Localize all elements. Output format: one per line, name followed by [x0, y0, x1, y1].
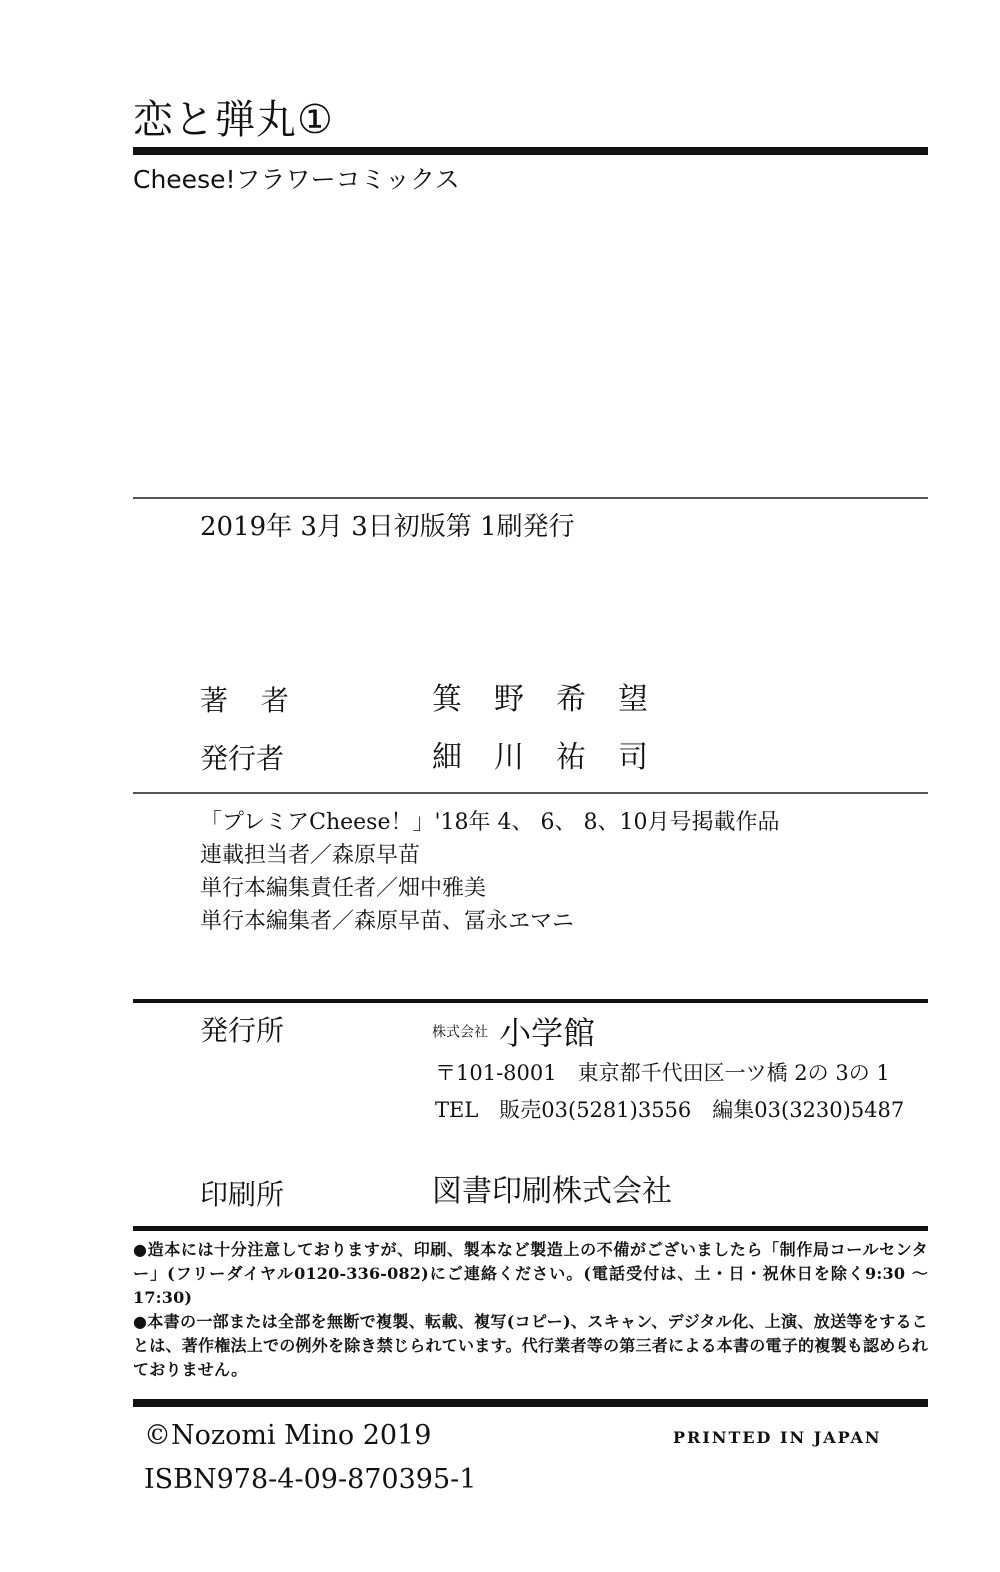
publisher-label: 発行所	[200, 1012, 284, 1050]
company-name: 小学館	[499, 1014, 595, 1052]
printed-in: PRINTED IN JAPAN	[673, 1427, 882, 1449]
credit-line: 連載担当者／森原早苗	[200, 839, 779, 872]
credits-block: 「プレミアCheese！」'18年 4、 6、 8、10月号掲載作品 連載担当者…	[200, 806, 779, 938]
publication-date: 2019年 3月 3日初版第 1刷発行	[200, 509, 575, 545]
notices-block: ●造本には十分注意しておりますが、印刷、製本など製造上の不備がございましたら「制…	[133, 1238, 928, 1382]
printer-label: 印刷所	[200, 1176, 284, 1214]
isbn: ISBN978-4-09-870395-1	[144, 1462, 476, 1498]
notice-item: ●造本には十分注意しておりますが、印刷、製本など製造上の不備がございましたら「制…	[133, 1238, 928, 1310]
credit-line: 単行本編集責任者／畑中雅美	[200, 872, 779, 905]
publisher-tel: TEL 販売03(5281)3556 編集03(3230)5487	[435, 1095, 904, 1125]
series-name: Cheese!フラワーコミックス	[133, 163, 460, 197]
title-divider	[133, 147, 928, 155]
company-prefix: 株式会社	[432, 1025, 488, 1041]
publisher-company: 株式会社 小学館	[432, 1010, 595, 1055]
date-divider	[133, 497, 928, 499]
people-divider	[133, 792, 928, 794]
publisher-divider	[133, 999, 928, 1003]
author-name: 箕野希望	[432, 680, 680, 720]
publisher-person-name: 細川祐司	[432, 738, 680, 778]
publisher-address: 〒101-8001 東京都千代田区一ツ橋 2の 3の 1	[435, 1058, 890, 1088]
book-title: 恋と弾丸①	[133, 96, 334, 144]
notice-item: ●本書の一部または全部を無断で複製、転載、複写(コピー)、スキャン、デジタル化、…	[133, 1310, 928, 1382]
copyright: ©Nozomi Mino 2019	[144, 1418, 431, 1454]
author-label: 著 者	[200, 682, 301, 720]
printer-divider	[133, 1226, 928, 1231]
printer-name: 図書印刷株式会社	[432, 1172, 672, 1212]
credit-line: 「プレミアCheese！」'18年 4、 6、 8、10月号掲載作品	[200, 806, 779, 839]
publisher-person-label: 発行者	[200, 740, 284, 778]
footer-divider	[133, 1399, 928, 1407]
credit-line: 単行本編集者／森原早苗、冨永ヱマニ	[200, 905, 779, 938]
